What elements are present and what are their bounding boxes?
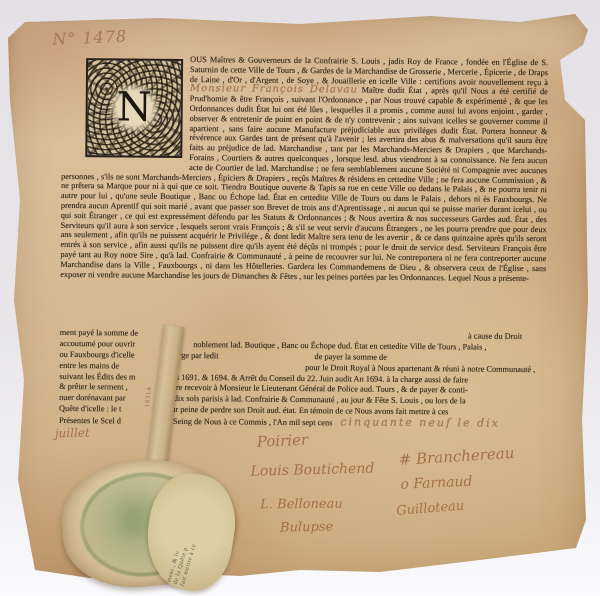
blank-gap [119, 367, 305, 370]
bottom-line: Présentes le Scel dle Seing de Nous à ce… [59, 415, 549, 430]
line-right: le Seing de Nous à ce Commis , l'An mil … [165, 417, 332, 427]
blank-gap [219, 357, 315, 359]
recipient-name-handwritten: Monsieur François Delavau [190, 83, 358, 95]
seal-fragment-text: ment , & le de la Quête p fait mettre à … [166, 468, 219, 587]
body-text: N OUS Maîtres & Gouverneurs de la Confra… [60, 54, 548, 284]
signature: Bulupse [280, 519, 334, 535]
month-note-handwritten: juillet [55, 426, 90, 441]
line-left: nuer dorénavant par [59, 393, 125, 403]
line-left: Présentes le Scel d [59, 416, 121, 426]
line-right: de payer la somme de [315, 352, 387, 362]
signature: # Branchereau [398, 444, 515, 469]
initial-ornament-float: N [61, 54, 190, 165]
initial-letter: N [117, 103, 152, 113]
line-right: ars 1691. & 1694. & Arrêt du Conseil du … [169, 372, 468, 384]
signature: Guilloteau [396, 499, 465, 519]
line-left: & prêter le serment , [59, 382, 127, 392]
line-right: ire recevoir à Monsieur le Lieutenant Gé… [174, 383, 468, 395]
signature: o Farnaud [400, 474, 473, 493]
line-mid: rge par ledit [179, 351, 219, 360]
line-right: à cause du Droit [468, 331, 522, 340]
line-left: ou Fauxbourgs d'icelle [60, 350, 135, 360]
line-right: n dix sols parisis à lad. Confrairie & C… [167, 394, 465, 406]
initial-letter-panel: N [109, 84, 158, 131]
line-left: accoutumé pour ouvrir [60, 339, 136, 349]
doc-number: N° 1478 [52, 27, 128, 49]
line-left: ment payé la somme de [60, 328, 138, 338]
signature: L. Belloneau [260, 497, 343, 513]
woodcut-initial-ornament: N [85, 58, 183, 158]
blank-gap [138, 335, 468, 339]
signature: Poirier [256, 431, 308, 451]
line-left: entre les mains de [59, 361, 119, 371]
photo-background: N° 1478 N OUS Maîtres & Gouverneurs de l… [0, 0, 600, 596]
line-right: sus sur peine de perdre son Droit aud. é… [155, 405, 448, 417]
line-left: suivant les Édits des m [59, 371, 135, 381]
line-right: pour le Droit Royal à Nous apartenant & … [305, 363, 535, 374]
line-left: Quête d'icelle : le t [59, 404, 121, 414]
opening-text: OUS Maîtres & Gouverneurs de la Confrair… [190, 55, 548, 87]
signature: Louis Boutichend [250, 461, 374, 480]
line-right: noblement lad. Boutique , Banc ou Échope… [193, 340, 486, 352]
handwritten-date: cinquante neuf le dix [340, 415, 500, 429]
blank-gap [121, 411, 155, 412]
bottom-text-block: ment payé la somme deà cause du Droit ac… [59, 328, 550, 430]
